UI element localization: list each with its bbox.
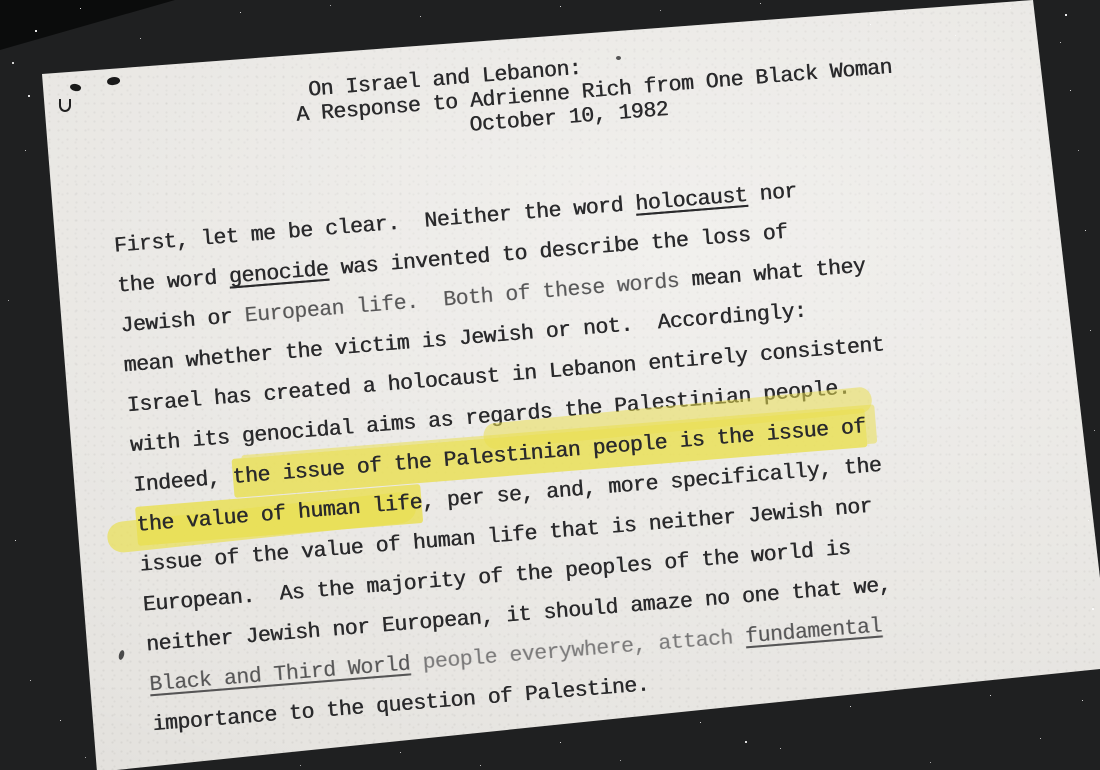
dust-speckles (0, 0, 2, 2)
text-segment: mean what they (678, 255, 866, 294)
document-text: On Israel and Lebanon:A Response to Adri… (42, 0, 1100, 750)
text-segment: Jewish or (120, 305, 246, 339)
scan-background: On Israel and Lebanon:A Response to Adri… (0, 0, 1100, 770)
text-segment: Indeed, (132, 466, 233, 498)
text-segment: nor (746, 180, 798, 208)
underlined-text: fundamental (744, 614, 882, 649)
text-segment: the word (116, 266, 230, 299)
document-title: On Israel and Lebanon:A Response to Adri… (293, 14, 1100, 151)
backdrop-corner-shade (0, 0, 175, 50)
underlined-text: genocide (228, 258, 329, 290)
ink-speck (59, 99, 71, 112)
document-body: First, let me be clear. Neither the word… (112, 146, 1100, 745)
underlined-text: holocaust (634, 184, 748, 217)
ink-speck (616, 56, 621, 60)
